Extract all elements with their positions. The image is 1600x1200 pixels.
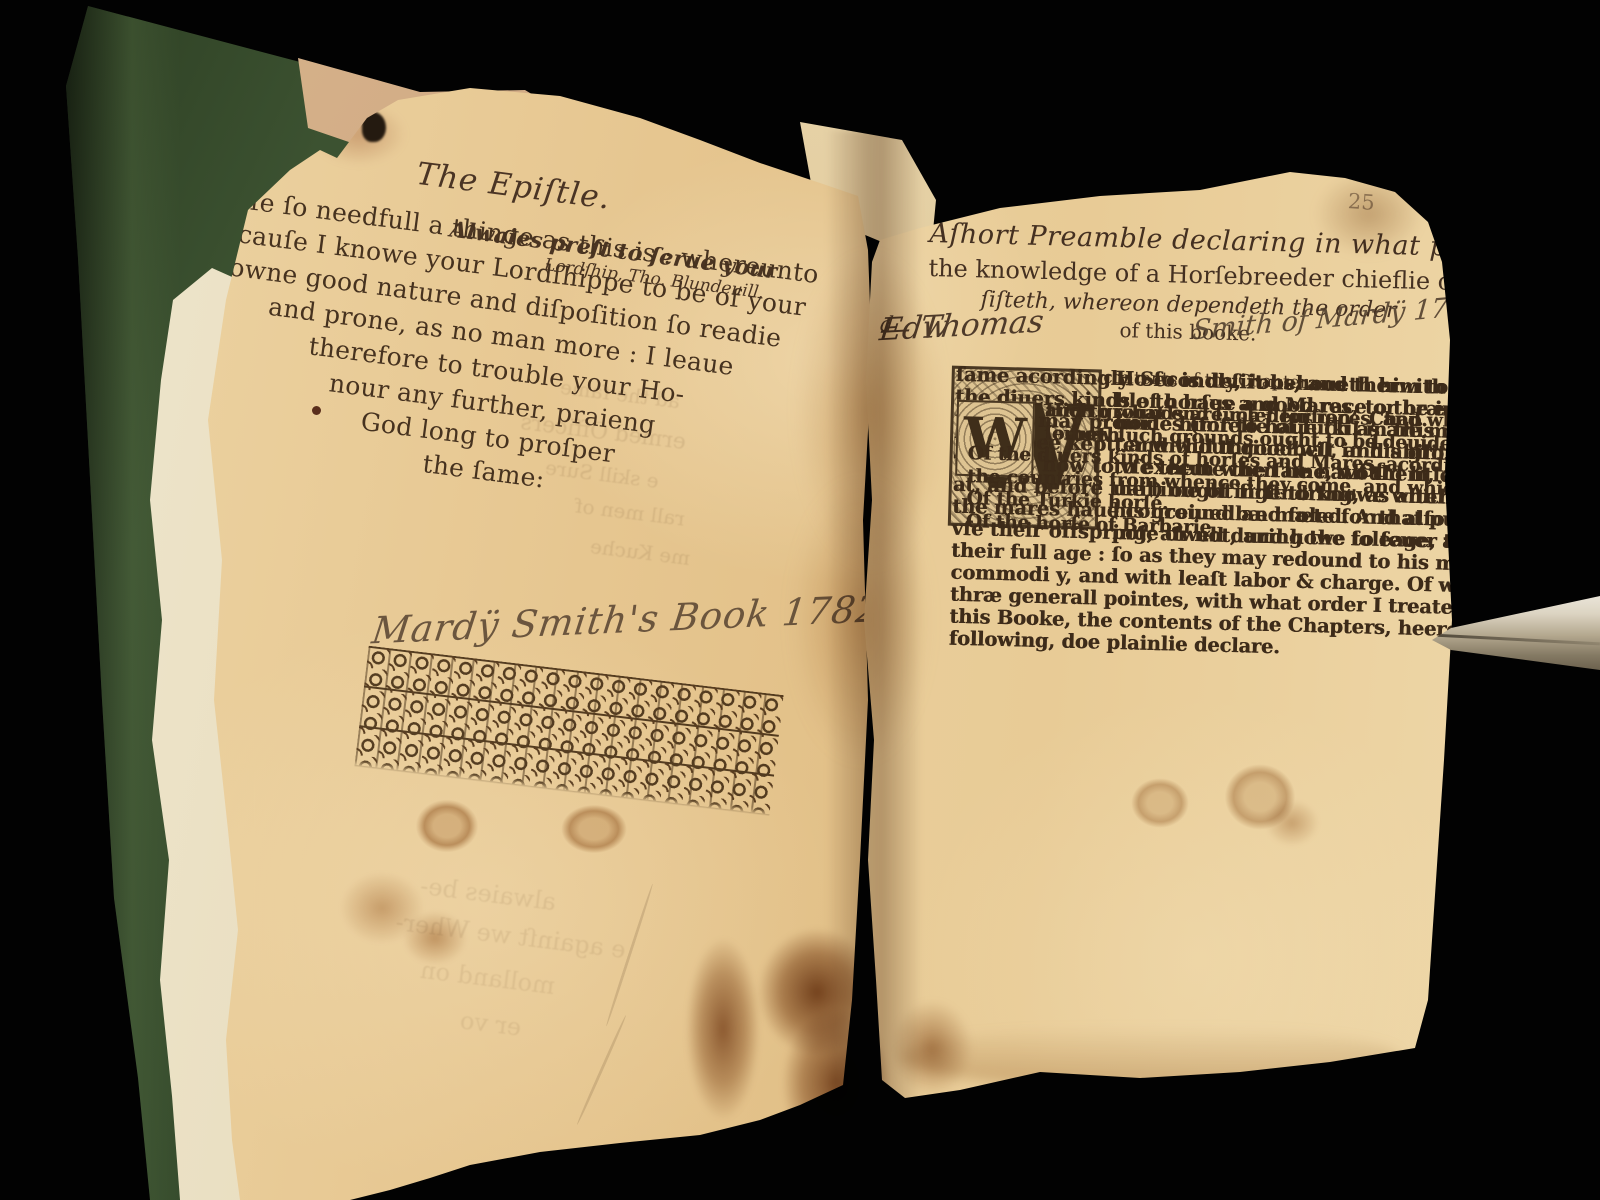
text-line: me Kuche bbox=[589, 534, 692, 570]
faded-pen-stroke bbox=[576, 1015, 628, 1126]
text-line: er vo bbox=[459, 1006, 523, 1041]
text-line: molland on bbox=[419, 956, 557, 1000]
ink-dot bbox=[312, 406, 321, 415]
preamble-body: W Ho ſo is deſirous, and therwith a-ble … bbox=[914, 363, 1448, 847]
text-line: alwaies be- bbox=[419, 872, 558, 916]
page-number: 25 bbox=[1347, 189, 1375, 215]
contents-full-lines: Of the diuers kinds of horſes and Mares,… bbox=[922, 442, 1600, 551]
contents-block: W Hich grounds are mæt for races, and wh… bbox=[923, 397, 1447, 484]
stain-ring bbox=[408, 793, 486, 859]
bottom-edge-stain bbox=[900, 1026, 1400, 1088]
stain-ring bbox=[552, 798, 636, 860]
pointer-blade bbox=[1425, 588, 1600, 674]
printer-ornament-band bbox=[354, 646, 784, 817]
stain-dark bbox=[686, 938, 760, 1120]
photo-background: ad the fameermed Officerse skill Sureral… bbox=[0, 0, 1600, 1200]
ownership-inscription: Mardÿ Smith's Book 1782 bbox=[369, 587, 894, 653]
gutter-shadow bbox=[826, 130, 922, 1130]
text-line: e againſt we Wher- bbox=[394, 908, 627, 964]
